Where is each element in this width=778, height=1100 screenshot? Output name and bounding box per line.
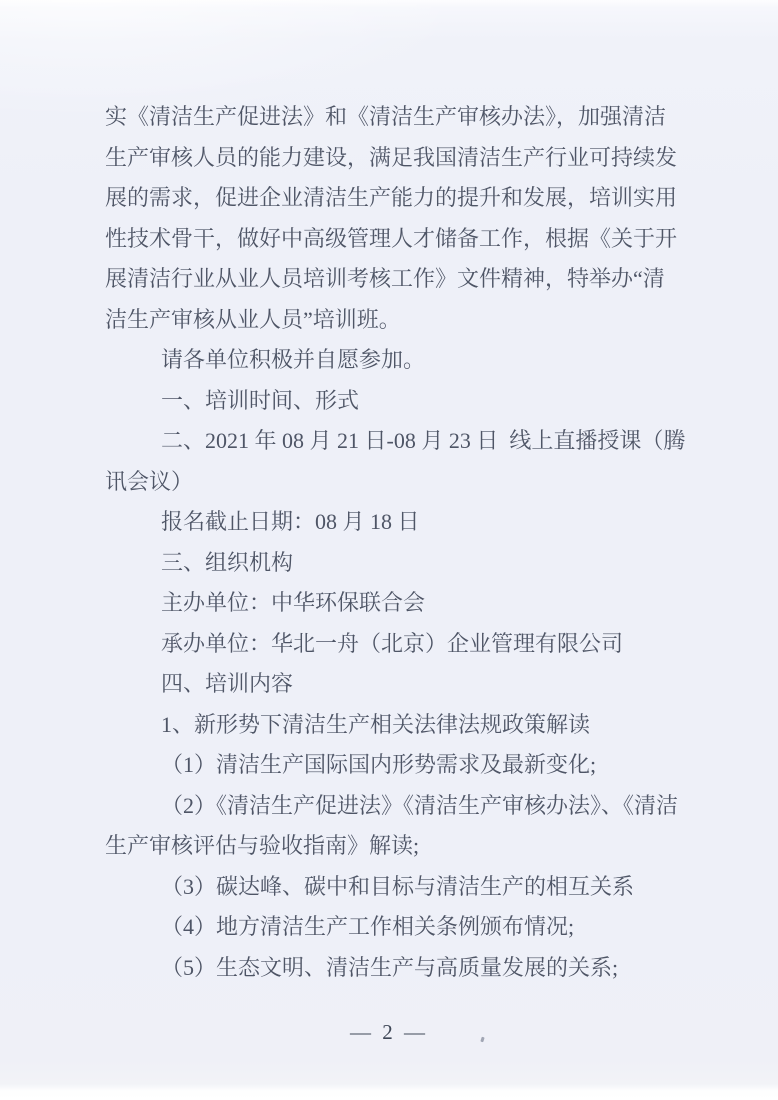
document-page: 实《清洁生产促进法》和《清洁生产审核办法》，加强清洁生产审核人员的能力建设，满足… — [0, 0, 778, 1100]
text-line: （2）《清洁生产促进法》《清洁生产审核办法》、《清洁 — [105, 786, 685, 827]
text-line: 承办单位：华北一舟（北京）企业管理有限公司 — [105, 624, 685, 665]
text-line: （4）地方清洁生产工作相关条例颁布情况; — [105, 907, 685, 948]
text-line: 四、培训内容 — [105, 664, 685, 705]
text-line: （1）清洁生产国际国内形势需求及最新变化; — [105, 745, 685, 786]
text-line: 洁生产审核从业人员”培训班。 — [105, 300, 685, 341]
text-line: 实《清洁生产促进法》和《清洁生产审核办法》，加强清洁 — [105, 97, 685, 138]
text-line: 二、2021 年 08 月 21 日-08 月 23 日 线上直播授课（腾 — [105, 421, 685, 462]
text-line: 生产审核评估与验收指南》解读; — [105, 826, 685, 867]
text-line: 展清洁行业从业人员培训考核工作》文件精神，特举办“清 — [105, 259, 685, 300]
text-line: 生产审核人员的能力建设，满足我国清洁生产行业可持续发 — [105, 138, 685, 179]
text-line: 性技术骨干，做好中高级管理人才储备工作，根据《关于开 — [105, 219, 685, 260]
text-line: 1、新形势下清洁生产相关法律法规政策解读 — [105, 705, 685, 746]
text-line: 一、培训时间、形式 — [105, 381, 685, 422]
text-line: 主办单位：中华环保联合会 — [105, 583, 685, 624]
text-line: 报名截止日期：08 月 18 日 — [105, 502, 685, 543]
text-line: （5）生态文明、清洁生产与高质量发展的关系; — [105, 948, 685, 989]
text-line: 请各单位积极并自愿参加。 — [105, 340, 685, 381]
document-body: 实《清洁生产促进法》和《清洁生产审核办法》，加强清洁生产审核人员的能力建设，满足… — [105, 97, 685, 988]
page-number: — 2 — — [0, 1015, 778, 1049]
text-line: 三、组织机构 — [105, 543, 685, 584]
text-line: （3）碳达峰、碳中和目标与清洁生产的相互关系 — [105, 867, 685, 908]
text-line: 讯会议） — [105, 462, 685, 503]
text-line: 展的需求，促进企业清洁生产能力的提升和发展，培训实用 — [105, 178, 685, 219]
